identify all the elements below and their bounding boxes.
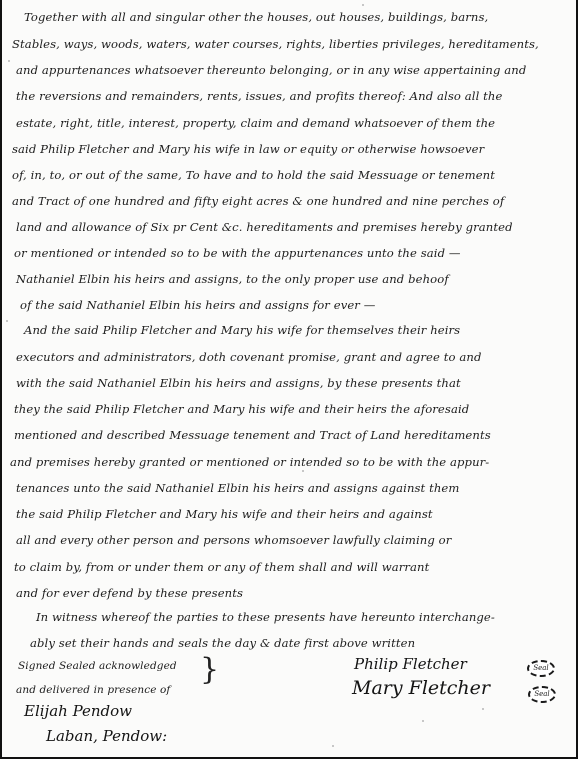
paper-speck (6, 320, 8, 322)
deed-line: the said Philip Fletcher and Mary his wi… (16, 507, 433, 521)
deed-line: and for ever defend by these presents (16, 586, 243, 600)
seal-icon: Seal (527, 660, 555, 677)
deed-line: mentioned and described Messuage tenemen… (14, 428, 491, 442)
deed-line: executors and administrators, doth coven… (16, 350, 482, 364)
deed-line: tenances unto the said Nathaniel Elbin h… (16, 481, 460, 495)
paper-speck (422, 720, 424, 722)
deed-line: said Philip Fletcher and Mary his wife i… (12, 142, 484, 156)
deed-line: of, in, to, or out of the same, To have … (12, 168, 495, 182)
deed-line: or mentioned or intended so to be with t… (14, 246, 461, 260)
grantor-signature: Philip Fletcher (354, 655, 467, 673)
deed-line: estate, right, title, interest, property… (16, 116, 495, 130)
deed-line: they the said Philip Fletcher and Mary h… (14, 402, 469, 416)
deed-line: Stables, ways, woods, waters, water cour… (12, 37, 539, 51)
deed-line: land and allowance of Six pr Cent &c. he… (16, 220, 513, 234)
paper-speck (362, 4, 364, 6)
paper-speck (8, 60, 10, 62)
deed-line: Nathaniel Elbin his heirs and assigns, t… (16, 272, 449, 286)
attestation-line-1: Signed Sealed acknowledged (18, 660, 177, 672)
witness-signature: Elijah Pendow (24, 702, 132, 720)
deed-page: Together with all and singular other the… (0, 0, 578, 759)
deed-line: the reversions and remainders, rents, is… (16, 89, 502, 103)
deed-line: In witness whereof the parties to these … (36, 610, 495, 624)
attestation-line-2: and delivered in presence of (16, 684, 170, 696)
paper-speck (302, 470, 304, 472)
deed-line: ably set their hands and seals the day &… (30, 636, 415, 650)
brace-mark: } (200, 652, 219, 687)
deed-line: of the said Nathaniel Elbin his heirs an… (20, 298, 375, 312)
grantor-signature: Mary Fletcher (352, 677, 490, 699)
deed-line: And the said Philip Fletcher and Mary hi… (24, 323, 460, 337)
deed-line: and appurtenances whatsoever thereunto b… (16, 63, 526, 77)
paper-speck (332, 745, 334, 747)
seal-icon: Seal (528, 686, 556, 703)
deed-line: all and every other person and persons w… (16, 533, 451, 547)
witness-signature: Laban, Pendow: (46, 727, 167, 745)
paper-speck (482, 708, 484, 710)
deed-line: and premises hereby granted or mentioned… (10, 455, 489, 469)
deed-line: with the said Nathaniel Elbin his heirs … (16, 376, 461, 390)
deed-line: Together with all and singular other the… (24, 10, 488, 24)
deed-line: to claim by, from or under them or any o… (14, 560, 429, 574)
deed-line: and Tract of one hundred and fifty eight… (12, 194, 504, 208)
